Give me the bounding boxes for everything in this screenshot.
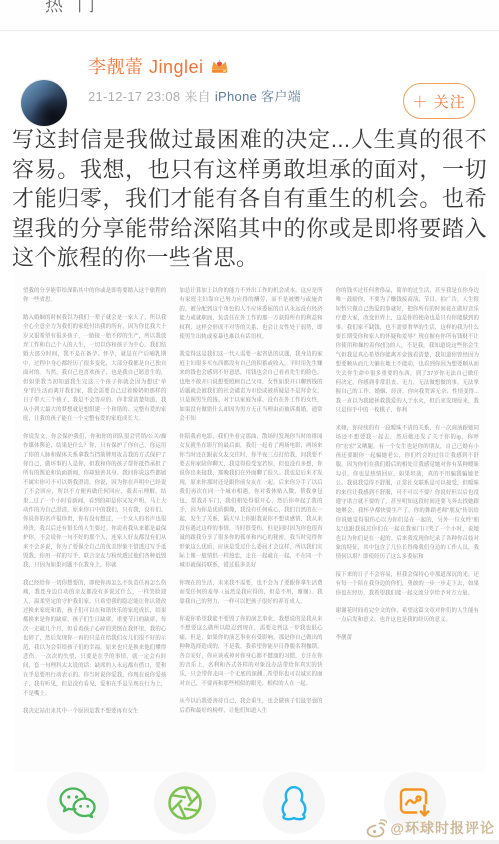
letter-column-1: 望我的分享能带给深陷其中的你或是即将要踏入这个旅程的你一些省思。踏入婚姻的时候我… [23,286,166,772]
post-header: 李靓蕾 Jinglei 21-12-17 23:08 来自 iPhone 客户端… [0,31,499,111]
letter-paragraph: 你的钱买过任何奢侈品，简单的过生活，甚至我是在你身边唯一鼓励你，不要为了赚钱接商… [336,286,479,415]
vip-crown-icon [210,57,229,75]
letter-paragraph: 接下来的日子不会容易，但我会保持心中那道深沉的光，还有每一个陪在我身边的你们，勇… [336,570,479,598]
share-qq-button[interactable] [263,772,325,834]
share-moments-button[interactable] [154,772,216,834]
source-link[interactable]: iPhone 客户端 [215,89,301,104]
letter-paragraph: 谢谢花时间看完全文的你，希望这篇文章对你们的人生能有一点启发和意义，也许这也是我… [336,606,479,624]
letter-paragraph: 你现在的生活，未来我不需要，也不会为了要跟你拿生活费而受任何的羞辱（虽然是我应得… [179,578,322,606]
watermark-text: @环球时报评论 [390,818,495,838]
author-name[interactable]: 李靓蕾 Jinglei [88,53,204,79]
letter-paragraph: 踏入婚姻的时候我以为我们一辈子就会是一家人了，所以我全心全意全力为我们的家庭付出… [23,313,166,423]
share-wechat-button[interactable] [47,772,109,834]
weibo-logo-icon [365,819,387,838]
watermark: @环球时报评论 [365,818,495,838]
letter-paragraph: 加总计算加上以你的能力不外出工作的机会成本，这应是所有家庭主妇靠自己努力应得的酬… [179,286,322,341]
top-tab-hot[interactable]: 热门 [45,0,109,17]
letter-paragraph: 我觉得这是我们这一代人需要一起省思的议题，我身边的家庭主妇很多买东西都没有自己的… [179,350,322,424]
follow-button[interactable]: ＋ 关注 [403,83,475,119]
letter-content: 望我的分享能带给深陷其中的你或是即将要踏入这个旅程的你一些省思。踏入婚姻的时候我… [14,270,486,772]
post-text: 写这封信是我做过最困难的决定...人生真的很不容易。我想，也只有这样勇敢坦承的面… [12,125,487,273]
letter-paragraph: 从今以后我要善待自己，我会重生，也会做孩子们最坚强的后盾和最好的榜样，让他们知道… [179,697,322,715]
qq-icon [277,784,311,822]
letter-paragraph: 你说发文，你会保护我们，你和你的团队很会营销/公关/操作媒体舆论，结果是什么？你… [23,432,166,570]
bottom-edge [0,840,499,844]
letter-paragraph: 米娅，你持续的有一段暧昧不清的关系，有一次商演跟她同场还不想要我一起去，然后她还… [336,423,479,561]
letter-paragraph: 我已经给你一切你想要的，即使你再怎么不负责任再怎么伤痛，我连身边自动的亲友都没有… [23,578,166,698]
save-image-icon [397,786,433,820]
letter-paragraph: 李靓蕾 [336,633,479,642]
timestamp: 21-12-17 23:08 [88,89,180,104]
weibo-post-screen: 热门 李靓蕾 Jinglei 21-12-17 23:08 来自 iPhone … [0,0,499,844]
letter-paragraph: 你陪我看电影，我们坐看完那曲，散场时发现你当时的绯闻女友就坐在影厅的最后面，我们… [179,432,322,570]
letter-paragraph: 我决定站出来其中一个原因是我不想要再有女生 [23,707,166,716]
letter-paragraph: 望我的分享能带给深陷其中的你或是即将要踏入这个旅程的你一些省思。 [23,286,166,304]
wechat-icon [58,785,98,822]
avatar[interactable] [20,79,68,127]
letter-column-3: 你的钱买过任何奢侈品，简单的过生活，甚至我是在你身边唯一鼓励你，不要为了赚钱接商… [336,286,479,772]
letter-image[interactable]: 望我的分享能带给深陷其中的你或是即将要踏入这个旅程的你一些省思。踏入婚姻的时候我… [14,270,486,772]
top-nav: 热门 [0,0,499,31]
letter-column-2: 加总计算加上以你的能力不外出工作的机会成本，这应是所有家庭主妇靠自己努力应得的酬… [179,286,322,772]
wechat-moments-aperture-icon [166,784,204,822]
avatar-photo [21,80,67,126]
letter-paragraph: 你说你希望我能不要毁了你的演艺事业，我想说的是我从来不想要这么做所以隐忍到现在，… [179,615,322,689]
source-prefix: 来自 [184,89,211,104]
